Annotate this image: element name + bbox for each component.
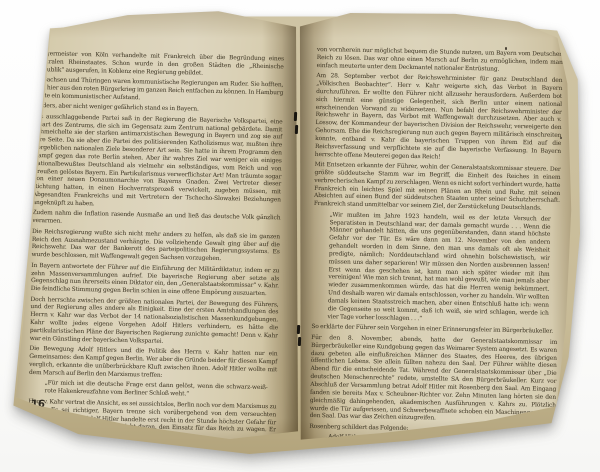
paragraph: „Wir mußten im Jahre 1923 handeln, weil … — [327, 212, 550, 326]
staple-icon — [295, 125, 298, 134]
staple-icon — [297, 325, 300, 334]
staple-icon — [298, 337, 301, 346]
paragraph: Als ausschlaggebende Partei saß in der R… — [33, 114, 283, 214]
paper-speck — [560, 137, 562, 139]
photo-background: bürgermeister von Köln verhandelte mit F… — [0, 0, 600, 472]
paragraph: Zudem nahm die Inflation rasende Ausmaße… — [32, 210, 280, 231]
left-page-text: bürgermeister von Köln verhandelte mit F… — [27, 51, 283, 442]
paragraph: „Für mich ist die deutsche Frage erst da… — [44, 381, 267, 402]
right-page-text: von vornherein nur möglichst bequem die … — [309, 47, 563, 444]
paper-speck — [505, 47, 507, 50]
left-page: bürgermeister von Köln verhandelte mit F… — [14, 10, 298, 442]
paragraph: Für den 8. November, abends, hatte der G… — [309, 335, 557, 426]
paragraph: von vornherein nur möglichst bequem die … — [317, 47, 563, 75]
paragraph: Doch herrschte zwischen der größten nati… — [30, 297, 279, 349]
right-page: von vornherein nur möglichst bequem die … — [298, 10, 574, 444]
open-book: bürgermeister von Köln verhandelte mit F… — [0, 0, 600, 472]
paragraph: Am 28. September verbot der Reichswehrmi… — [315, 73, 563, 164]
staple-icon — [294, 112, 297, 121]
paragraph: In Sachsen und Thüringen waren kommunist… — [35, 77, 283, 106]
page-shading — [298, 10, 574, 38]
page-shading — [14, 10, 298, 38]
paragraph: Mit Entsetzen erkannte der Führer, wohin… — [314, 162, 561, 214]
paragraph: bürgermeister von Köln verhandelte mit F… — [35, 51, 283, 80]
paragraph: Die Reichsregierung wußte sich nicht meh… — [31, 229, 280, 266]
paragraph: In Bayern antwortete der Führer auf die … — [31, 263, 280, 300]
paragraph: Die Bewegung Adolf Hitlers und die Polit… — [29, 346, 278, 383]
